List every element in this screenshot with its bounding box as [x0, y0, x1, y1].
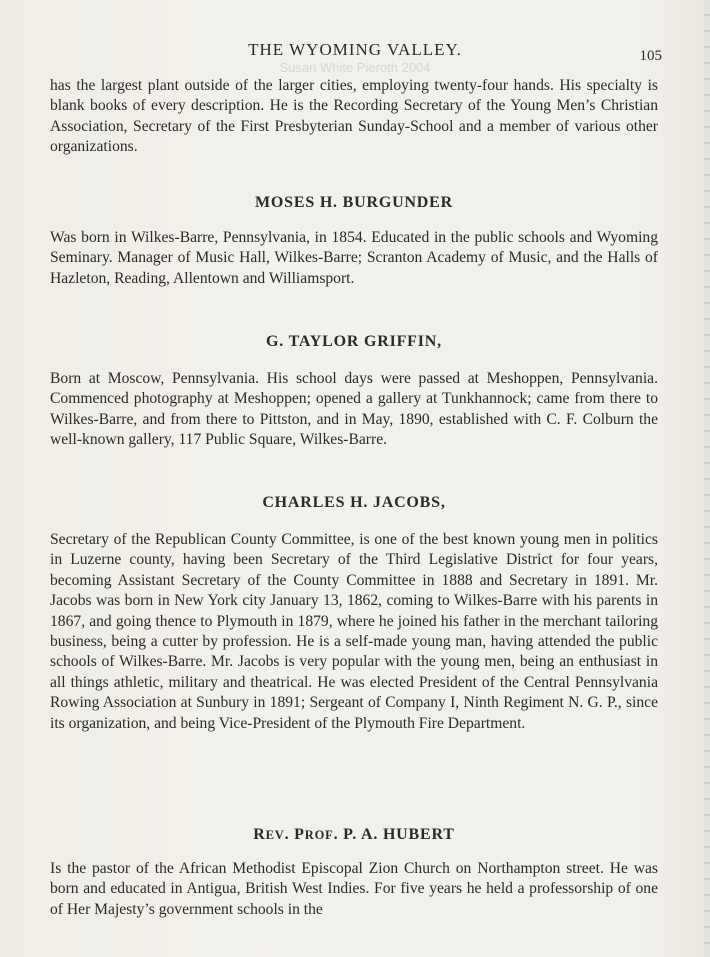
paragraph: Secretary of the Republican County Commi… [50, 530, 658, 734]
paragraph: Was born in Wilkes-Barre, Pennsylvania, … [50, 228, 658, 289]
paragraph: has the largest plant outside of the lar… [50, 76, 658, 158]
heading-part: ROF [305, 828, 334, 842]
section-jacobs: CHARLES H. JACOBS, Secretary of the Repu… [50, 493, 658, 734]
section-continuation: has the largest plant outside of the lar… [50, 76, 658, 158]
section-heading: G. TAYLOR GRIFFIN, [50, 332, 658, 352]
page-edge [704, 0, 710, 957]
section-heading: CHARLES H. JACOBS, [50, 493, 658, 513]
section-burgunder: MOSES H. BURGUNDER Was born in Wilkes-Ba… [50, 193, 658, 289]
paragraph: Is the pastor of the African Methodist E… [50, 859, 658, 920]
heading-part: . P [285, 826, 305, 843]
watermark: Susan White Pieroth 2004 [0, 60, 710, 75]
section-griffin: G. TAYLOR GRIFFIN, Born at Moscow, Penns… [50, 332, 658, 451]
section-hubert: REV. PROF. P. A. HUBERT Is the pastor of… [50, 825, 658, 920]
book-page: THE WYOMING VALLEY. 105 Susan White Pier… [0, 0, 710, 957]
section-heading: MOSES H. BURGUNDER [50, 193, 658, 213]
heading-part: R [253, 826, 265, 843]
running-head: THE WYOMING VALLEY. [0, 40, 710, 60]
heading-part: EV [266, 828, 285, 842]
heading-part: . P. A. HUBERT [334, 826, 455, 843]
paragraph: Born at Moscow, Pennsylvania. His school… [50, 369, 658, 451]
section-heading: REV. PROF. P. A. HUBERT [50, 825, 658, 845]
